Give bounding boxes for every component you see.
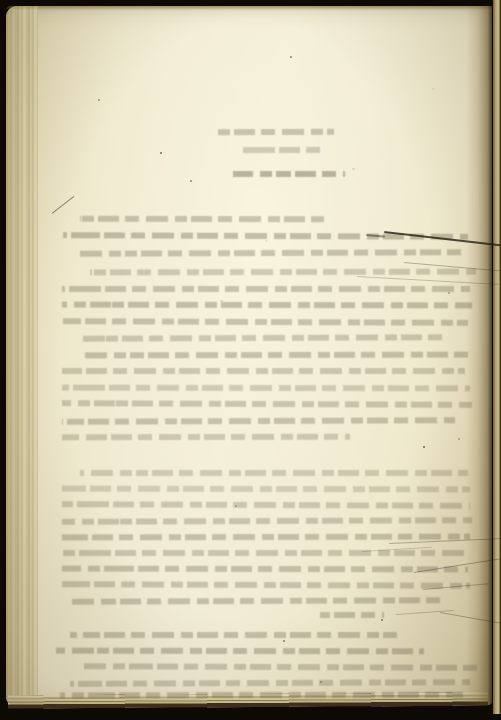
ink-speck (160, 152, 162, 154)
paper-fiber (432, 88, 435, 90)
faded-text-line (62, 550, 470, 556)
faded-text-line (62, 385, 470, 392)
faded-text-line (80, 470, 468, 476)
ink-speck (190, 180, 192, 182)
paper-fiber (335, 372, 338, 374)
ink-speck (290, 56, 292, 58)
ink-speck (98, 99, 100, 101)
faded-text-line (320, 612, 384, 618)
paper-fiber (80, 420, 83, 422)
ink-speck (381, 619, 383, 621)
faded-text-line (62, 302, 472, 309)
ink-speck (235, 505, 237, 507)
faded-text-line (62, 486, 470, 493)
ink-speck (423, 446, 425, 448)
faded-text-line (77, 663, 477, 671)
faded-text-line (77, 334, 443, 342)
faded-text-line (65, 597, 440, 605)
scratch-mark (440, 612, 501, 624)
faded-text-line (63, 318, 468, 326)
scratch-mark (357, 276, 499, 285)
faded-text-line (62, 517, 472, 525)
paper-fiber (265, 240, 268, 242)
faded-text-line (62, 368, 465, 374)
ink-speck (448, 292, 450, 294)
faded-text-line (62, 417, 455, 425)
faded-heading-line (218, 129, 334, 135)
faded-text-line (62, 286, 470, 292)
faded-text-line (77, 249, 465, 257)
scratch-mark (52, 196, 75, 214)
ink-speck (283, 640, 285, 642)
paper-fiber (120, 520, 123, 522)
faded-text-line (62, 534, 470, 541)
faded-text-line (80, 216, 324, 223)
faded-text-line (62, 566, 468, 573)
ink-speck (320, 681, 322, 683)
faded-text-line (70, 632, 397, 638)
ink-speck (458, 438, 460, 440)
faded-text-line (62, 434, 350, 441)
paper-fiber (352, 168, 355, 170)
faded-text-line (56, 648, 424, 655)
faded-heading-line (233, 171, 345, 177)
page-content-layer (0, 0, 501, 720)
paper-fiber (150, 600, 153, 602)
faded-text-line (62, 400, 472, 408)
faded-text-line (62, 581, 470, 589)
paper-fiber (220, 300, 223, 302)
faded-text-line (62, 501, 470, 509)
faded-text-line (90, 269, 476, 276)
faded-text-line (60, 692, 463, 699)
faded-text-line (80, 352, 470, 359)
faded-heading-line (240, 147, 324, 153)
faded-text-line (70, 679, 470, 687)
book-page-scan: Photographed page of a bound typewritten… (0, 0, 501, 720)
